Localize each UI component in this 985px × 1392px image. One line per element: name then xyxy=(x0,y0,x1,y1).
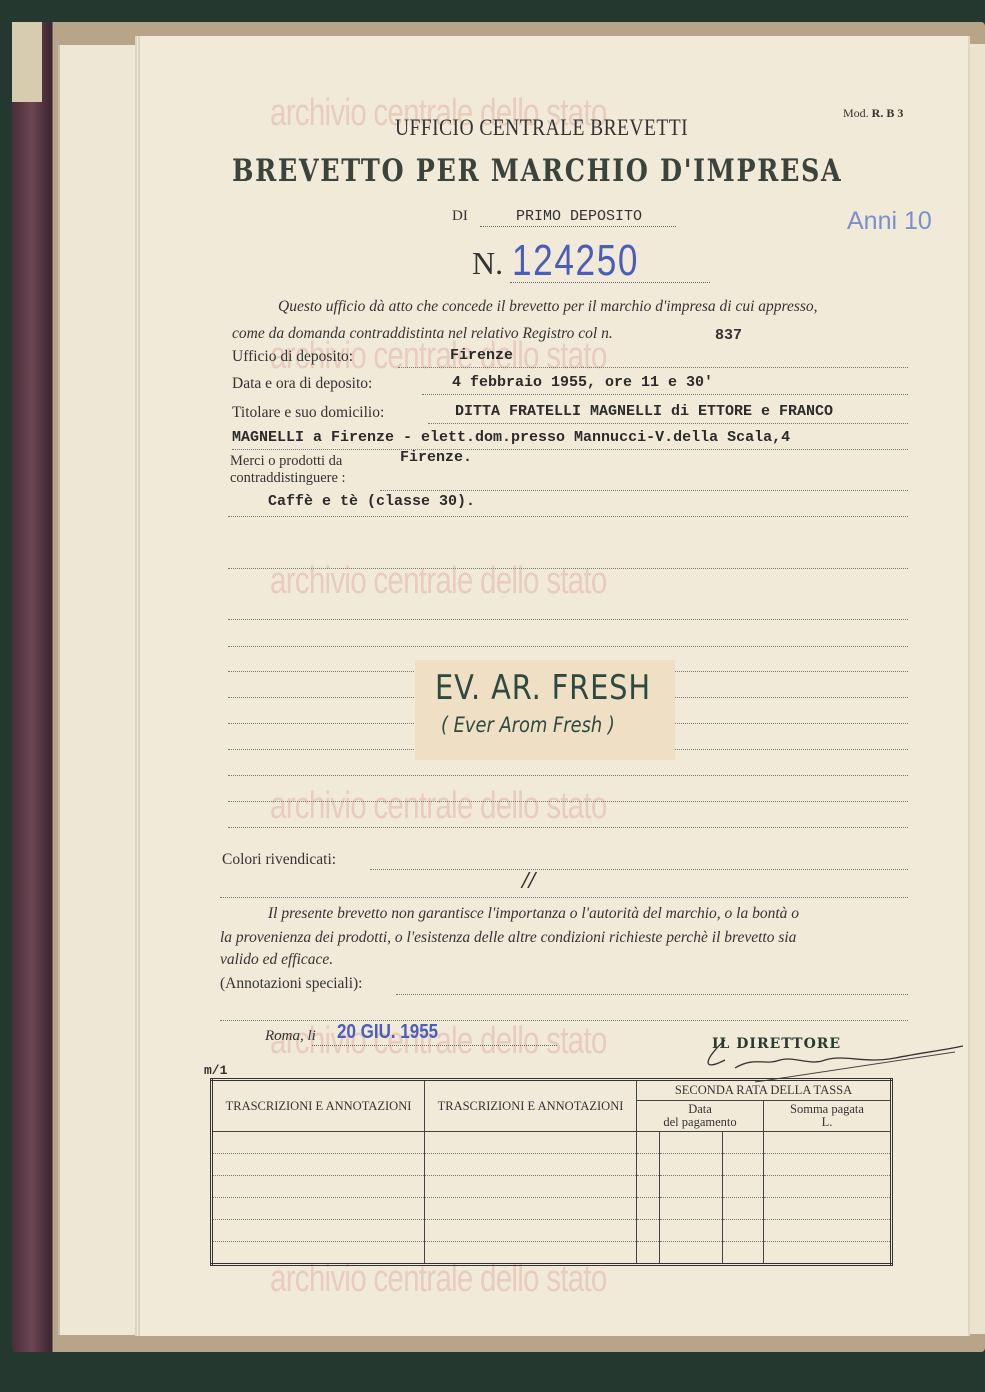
field-line xyxy=(228,516,908,517)
field-line xyxy=(228,801,908,802)
field-line xyxy=(228,827,908,828)
column-header: Somma pagataL. xyxy=(764,1101,892,1132)
table-row xyxy=(212,1132,892,1154)
binder-corner xyxy=(12,22,42,102)
field-line xyxy=(370,869,908,870)
field-line xyxy=(398,367,908,368)
signature-icon xyxy=(695,1038,965,1083)
watermark: archivio centrale dello stato xyxy=(270,785,607,828)
field-line xyxy=(380,490,908,491)
holder-line-1: DITTA FRATELLI MAGNELLI di ETTORE e FRAN… xyxy=(455,403,833,420)
goods-label-2: contraddistinguere : xyxy=(230,470,346,487)
date-line xyxy=(312,1045,557,1046)
model-reference: Mod. R. B 3 xyxy=(843,106,903,121)
annotations-label: (Annotazioni speciali): xyxy=(220,975,362,993)
field-line xyxy=(228,568,908,569)
patent-number-stamp: 124250 xyxy=(512,236,639,286)
deposit-type-value: PRIMO DEPOSITO xyxy=(516,208,642,225)
register-number: 837 xyxy=(715,327,742,344)
office-label: Ufficio di deposito: xyxy=(232,348,353,366)
column-header: TRASCRIZIONI E ANNOTAZIONI xyxy=(212,1080,425,1132)
table-row xyxy=(212,1242,892,1265)
number-label: N. xyxy=(472,245,503,282)
watermark: archivio centrale dello stato xyxy=(270,1020,607,1063)
column-header: TRASCRIZIONI E ANNOTAZIONI xyxy=(425,1080,637,1132)
field-line xyxy=(228,646,908,647)
issue-date-stamp: 20 GIU. 1955 xyxy=(337,1021,438,1044)
register-table: TRASCRIZIONI E ANNOTAZIONI TRASCRIZIONI … xyxy=(210,1078,893,1266)
office-value: Firenze xyxy=(450,347,513,364)
form-reference: m/1 xyxy=(204,1063,227,1078)
deposit-type-line xyxy=(480,226,676,227)
colors-label: Colori rivendicati: xyxy=(222,851,336,869)
intro-line-2: come da domanda contraddistinta nel rela… xyxy=(232,325,613,343)
table-row xyxy=(212,1220,892,1242)
field-line xyxy=(228,619,908,620)
holder-line-3: Firenze. xyxy=(400,449,472,466)
trademark-subtitle: ( Ever Arom Fresh ) xyxy=(441,713,615,737)
field-line xyxy=(232,449,908,450)
issuing-office: UFFICIO CENTRALE BREVETTI xyxy=(395,115,688,141)
field-line xyxy=(428,423,908,424)
field-line xyxy=(228,775,908,776)
background-surface xyxy=(0,1355,985,1392)
date-label: Data e ora di deposito: xyxy=(232,375,372,393)
document-title: BREVETTO PER MARCHIO D'IMPRESA xyxy=(232,153,842,189)
intro-line-1: Questo ufficio dà atto che concede il br… xyxy=(278,298,818,316)
field-line xyxy=(422,394,908,395)
holder-line-2: MAGNELLI a Firenze - elett.dom.presso Ma… xyxy=(232,429,790,446)
watermark: archivio centrale dello stato xyxy=(270,560,607,603)
colors-value: // xyxy=(522,868,535,895)
field-line xyxy=(220,897,908,898)
date-value: 4 febbraio 1955, ore 11 e 30' xyxy=(452,374,713,391)
goods-value: Caffè e tè (classe 30). xyxy=(268,493,475,510)
holder-label: Titolare e suo domicilio: xyxy=(232,404,384,422)
duration-stamp: Anni 10 xyxy=(847,207,932,236)
goods-label-1: Merci o prodotti da xyxy=(230,453,342,470)
column-group-header: SECONDA RATA DELLA TASSA xyxy=(637,1080,892,1101)
trademark-name: EV. AR. FRESH xyxy=(435,668,651,708)
disclaimer-line-2: la provenienza dei prodotti, o l'esisten… xyxy=(220,929,796,947)
field-line xyxy=(396,994,908,995)
table-row xyxy=(212,1198,892,1220)
field-line xyxy=(220,1020,908,1021)
place-label: Roma, li xyxy=(265,1028,316,1045)
disclaimer-line-1: Il presente brevetto non garantisce l'im… xyxy=(268,905,799,923)
table-row xyxy=(212,1176,892,1198)
column-header: Datadel pagamento xyxy=(637,1101,764,1132)
table-row xyxy=(212,1154,892,1176)
deposit-type-label: DI xyxy=(452,208,468,225)
disclaimer-line-3: valido ed efficace. xyxy=(220,951,333,969)
